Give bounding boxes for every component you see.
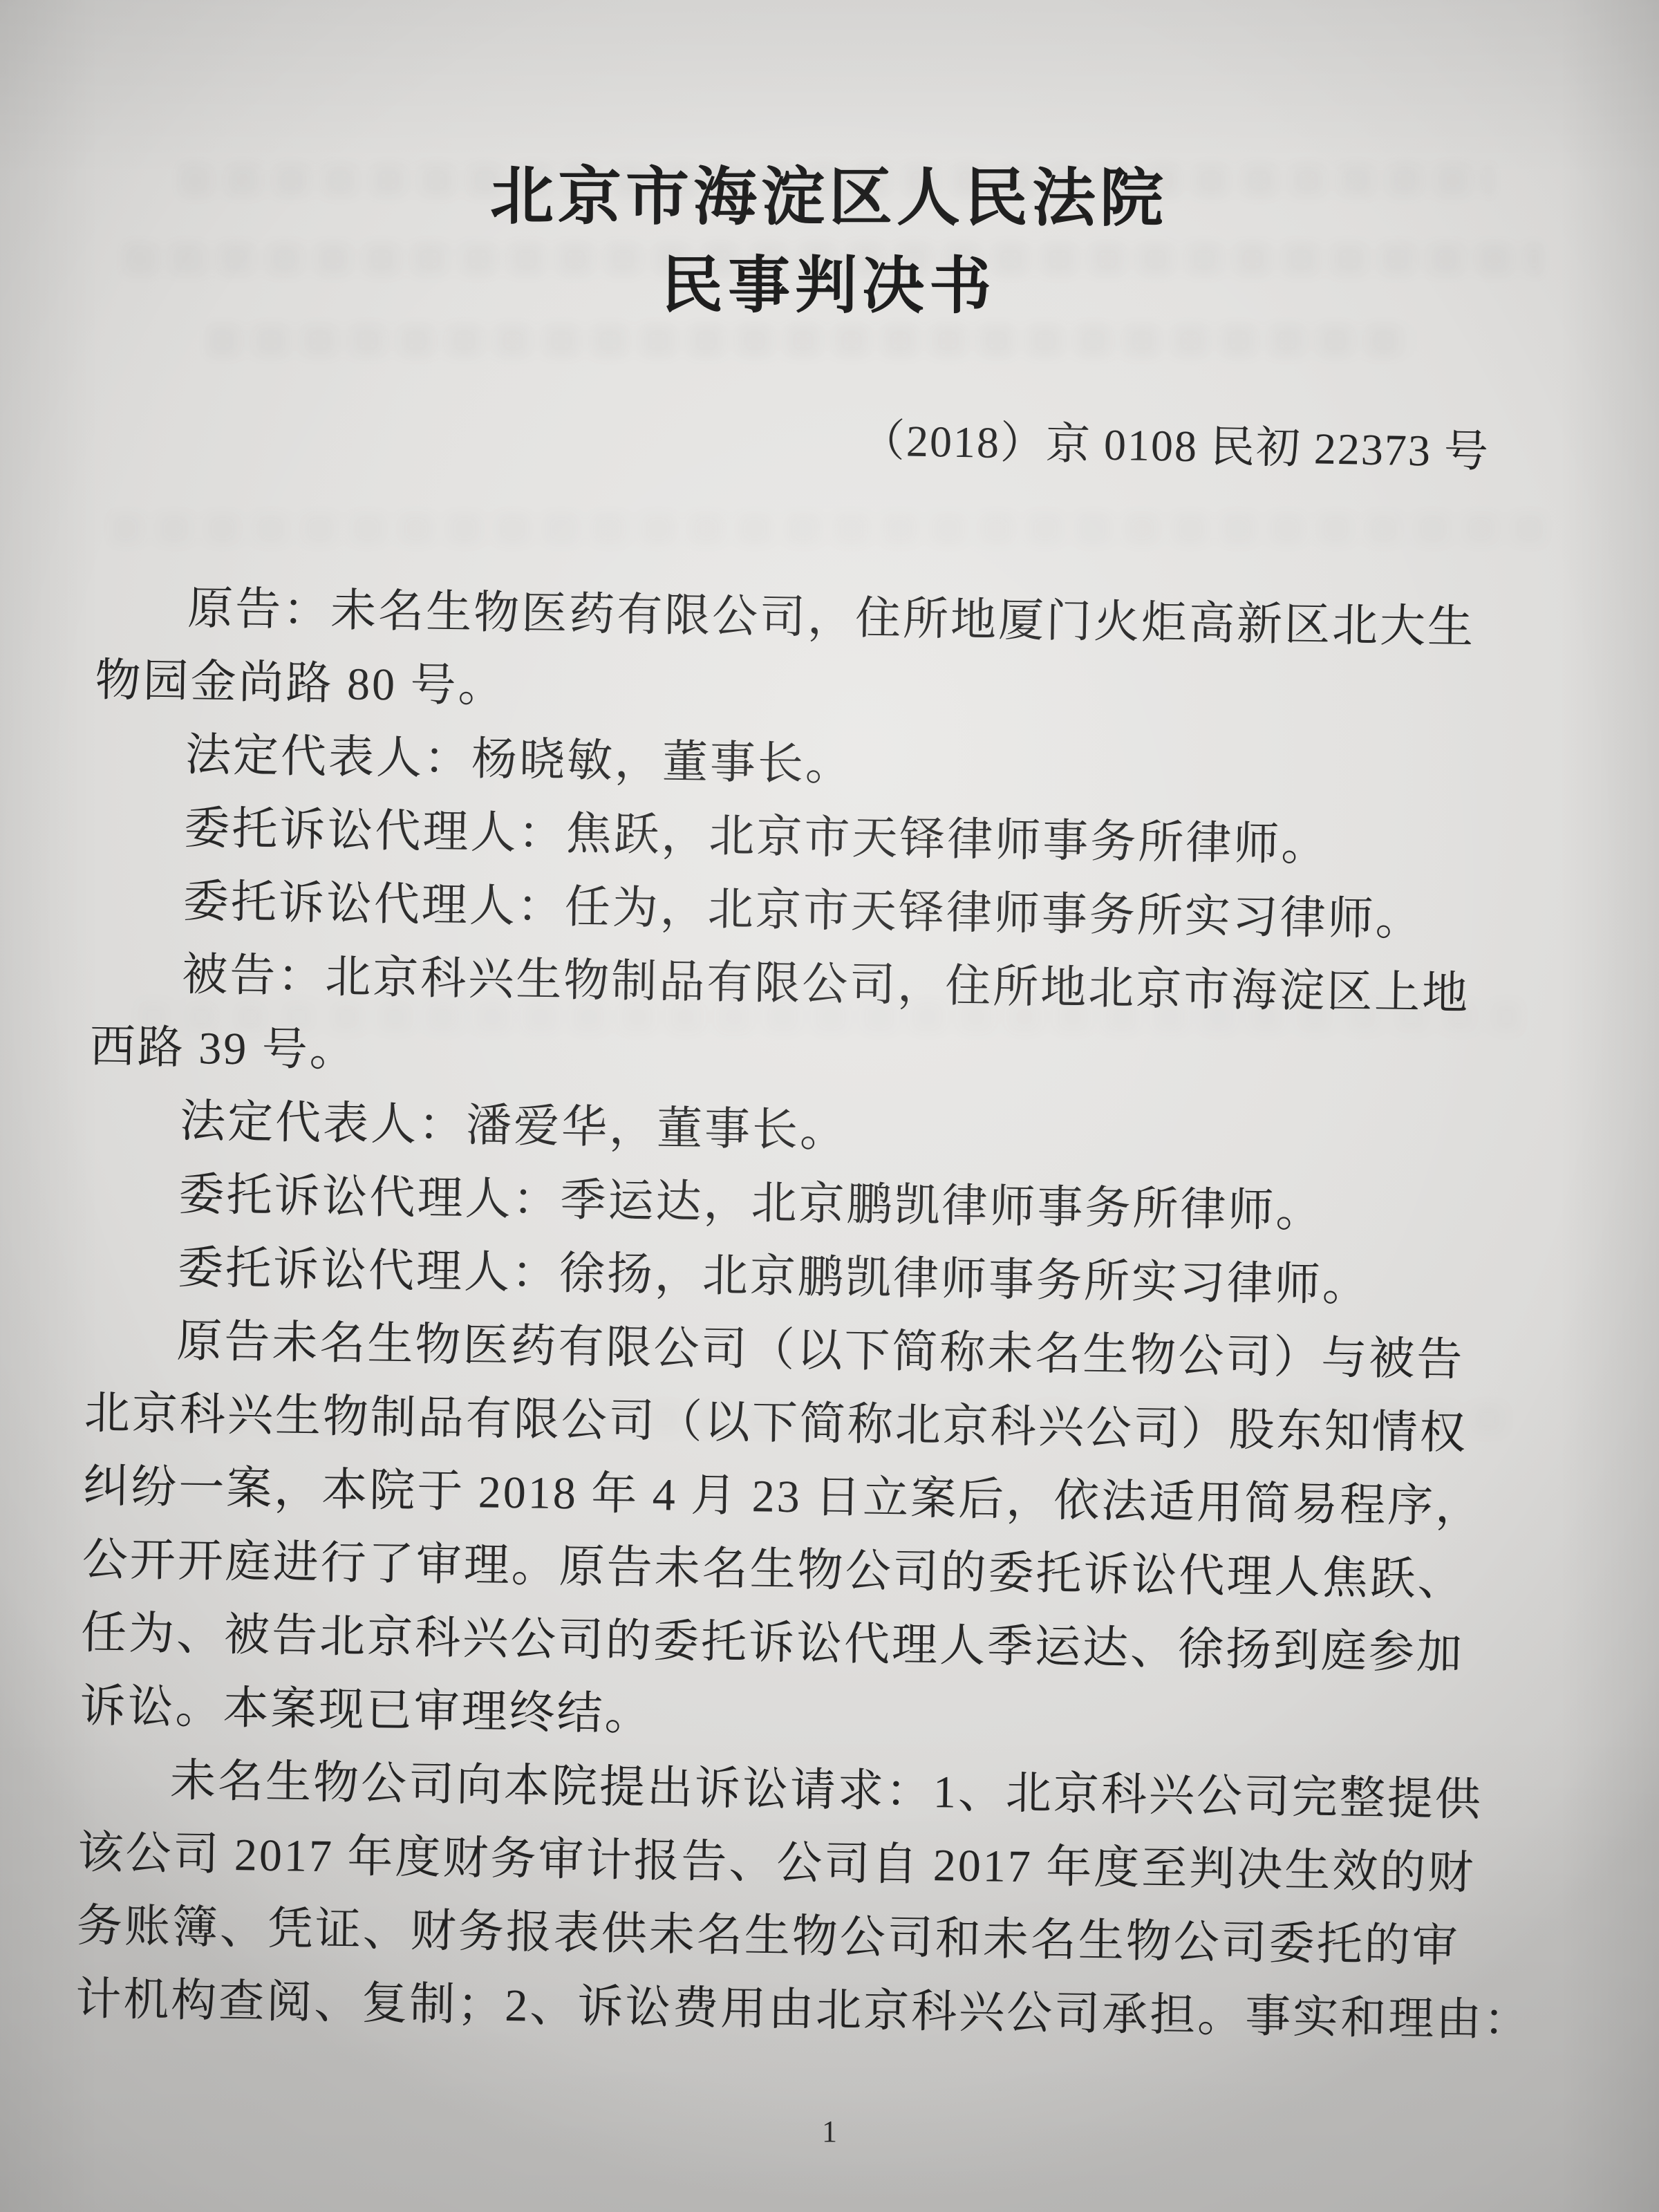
court-name: 北京市海淀区人民法院 (0, 144, 1658, 241)
document-header: 北京市海淀区人民法院 民事判决书 (0, 0, 1659, 3)
document-type-title: 民事判决书 (0, 232, 1658, 328)
scanned-judgment-page: 北京市海淀区人民法院 民事判决书 （2018）京 0108 民初 22373 号… (0, 0, 1659, 2212)
case-number: （2018）京 0108 民初 22373 号 (860, 404, 1490, 480)
page-number: 1 (0, 2114, 1659, 2149)
bleedthrough-texture (111, 513, 1548, 545)
body-text: 原告：未名生物医药有限公司，住所地厦门火炬高新区北大生物园金尚路 80 号。法定… (75, 571, 1503, 2057)
bleedthrough-texture (207, 325, 1417, 357)
